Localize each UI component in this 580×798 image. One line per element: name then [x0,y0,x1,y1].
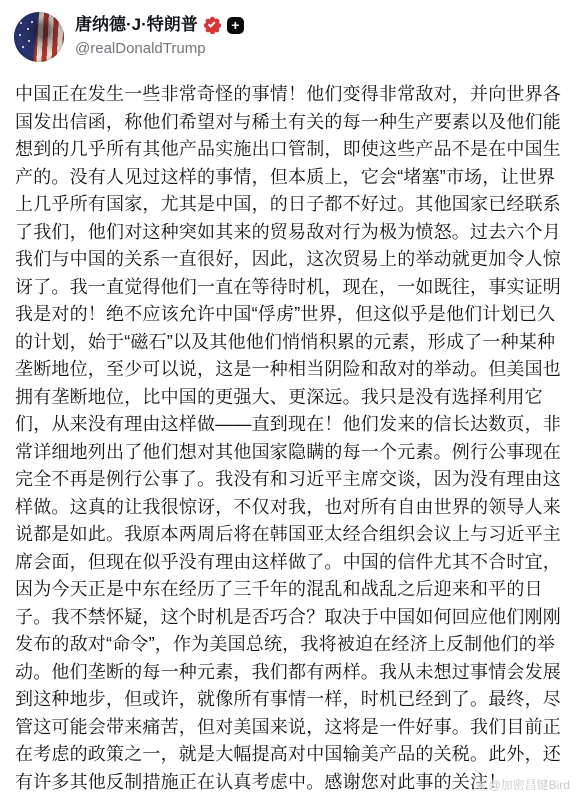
post-text: 中国正在发生一些非常奇怪的事情！他们变得非常敌对，并向世界各国发出信函，称他们希… [15,81,565,796]
user-handle[interactable]: @realDonaldTrump [75,39,244,58]
avatar[interactable] [14,12,64,62]
post-card: 唐纳德·J·特朗普 + @realDonaldTrump 中国正在发生一些非常奇… [0,0,580,798]
verified-badge-icon [203,16,222,35]
name-row: 唐纳德·J·特朗普 + [75,14,244,36]
post-header: 唐纳德·J·特朗普 + @realDonaldTrump [0,0,580,62]
watermark-handle: @加密昌键Bird [488,776,570,793]
display-name[interactable]: 唐纳德·J·特朗普 [75,14,198,36]
plus-badge-icon: + [227,17,244,34]
diamond-icon: ◈ [476,778,485,792]
author-id-block: 唐纳德·J·特朗普 + @realDonaldTrump [75,12,244,58]
watermark: ◈ @加密昌键Bird [476,776,570,793]
